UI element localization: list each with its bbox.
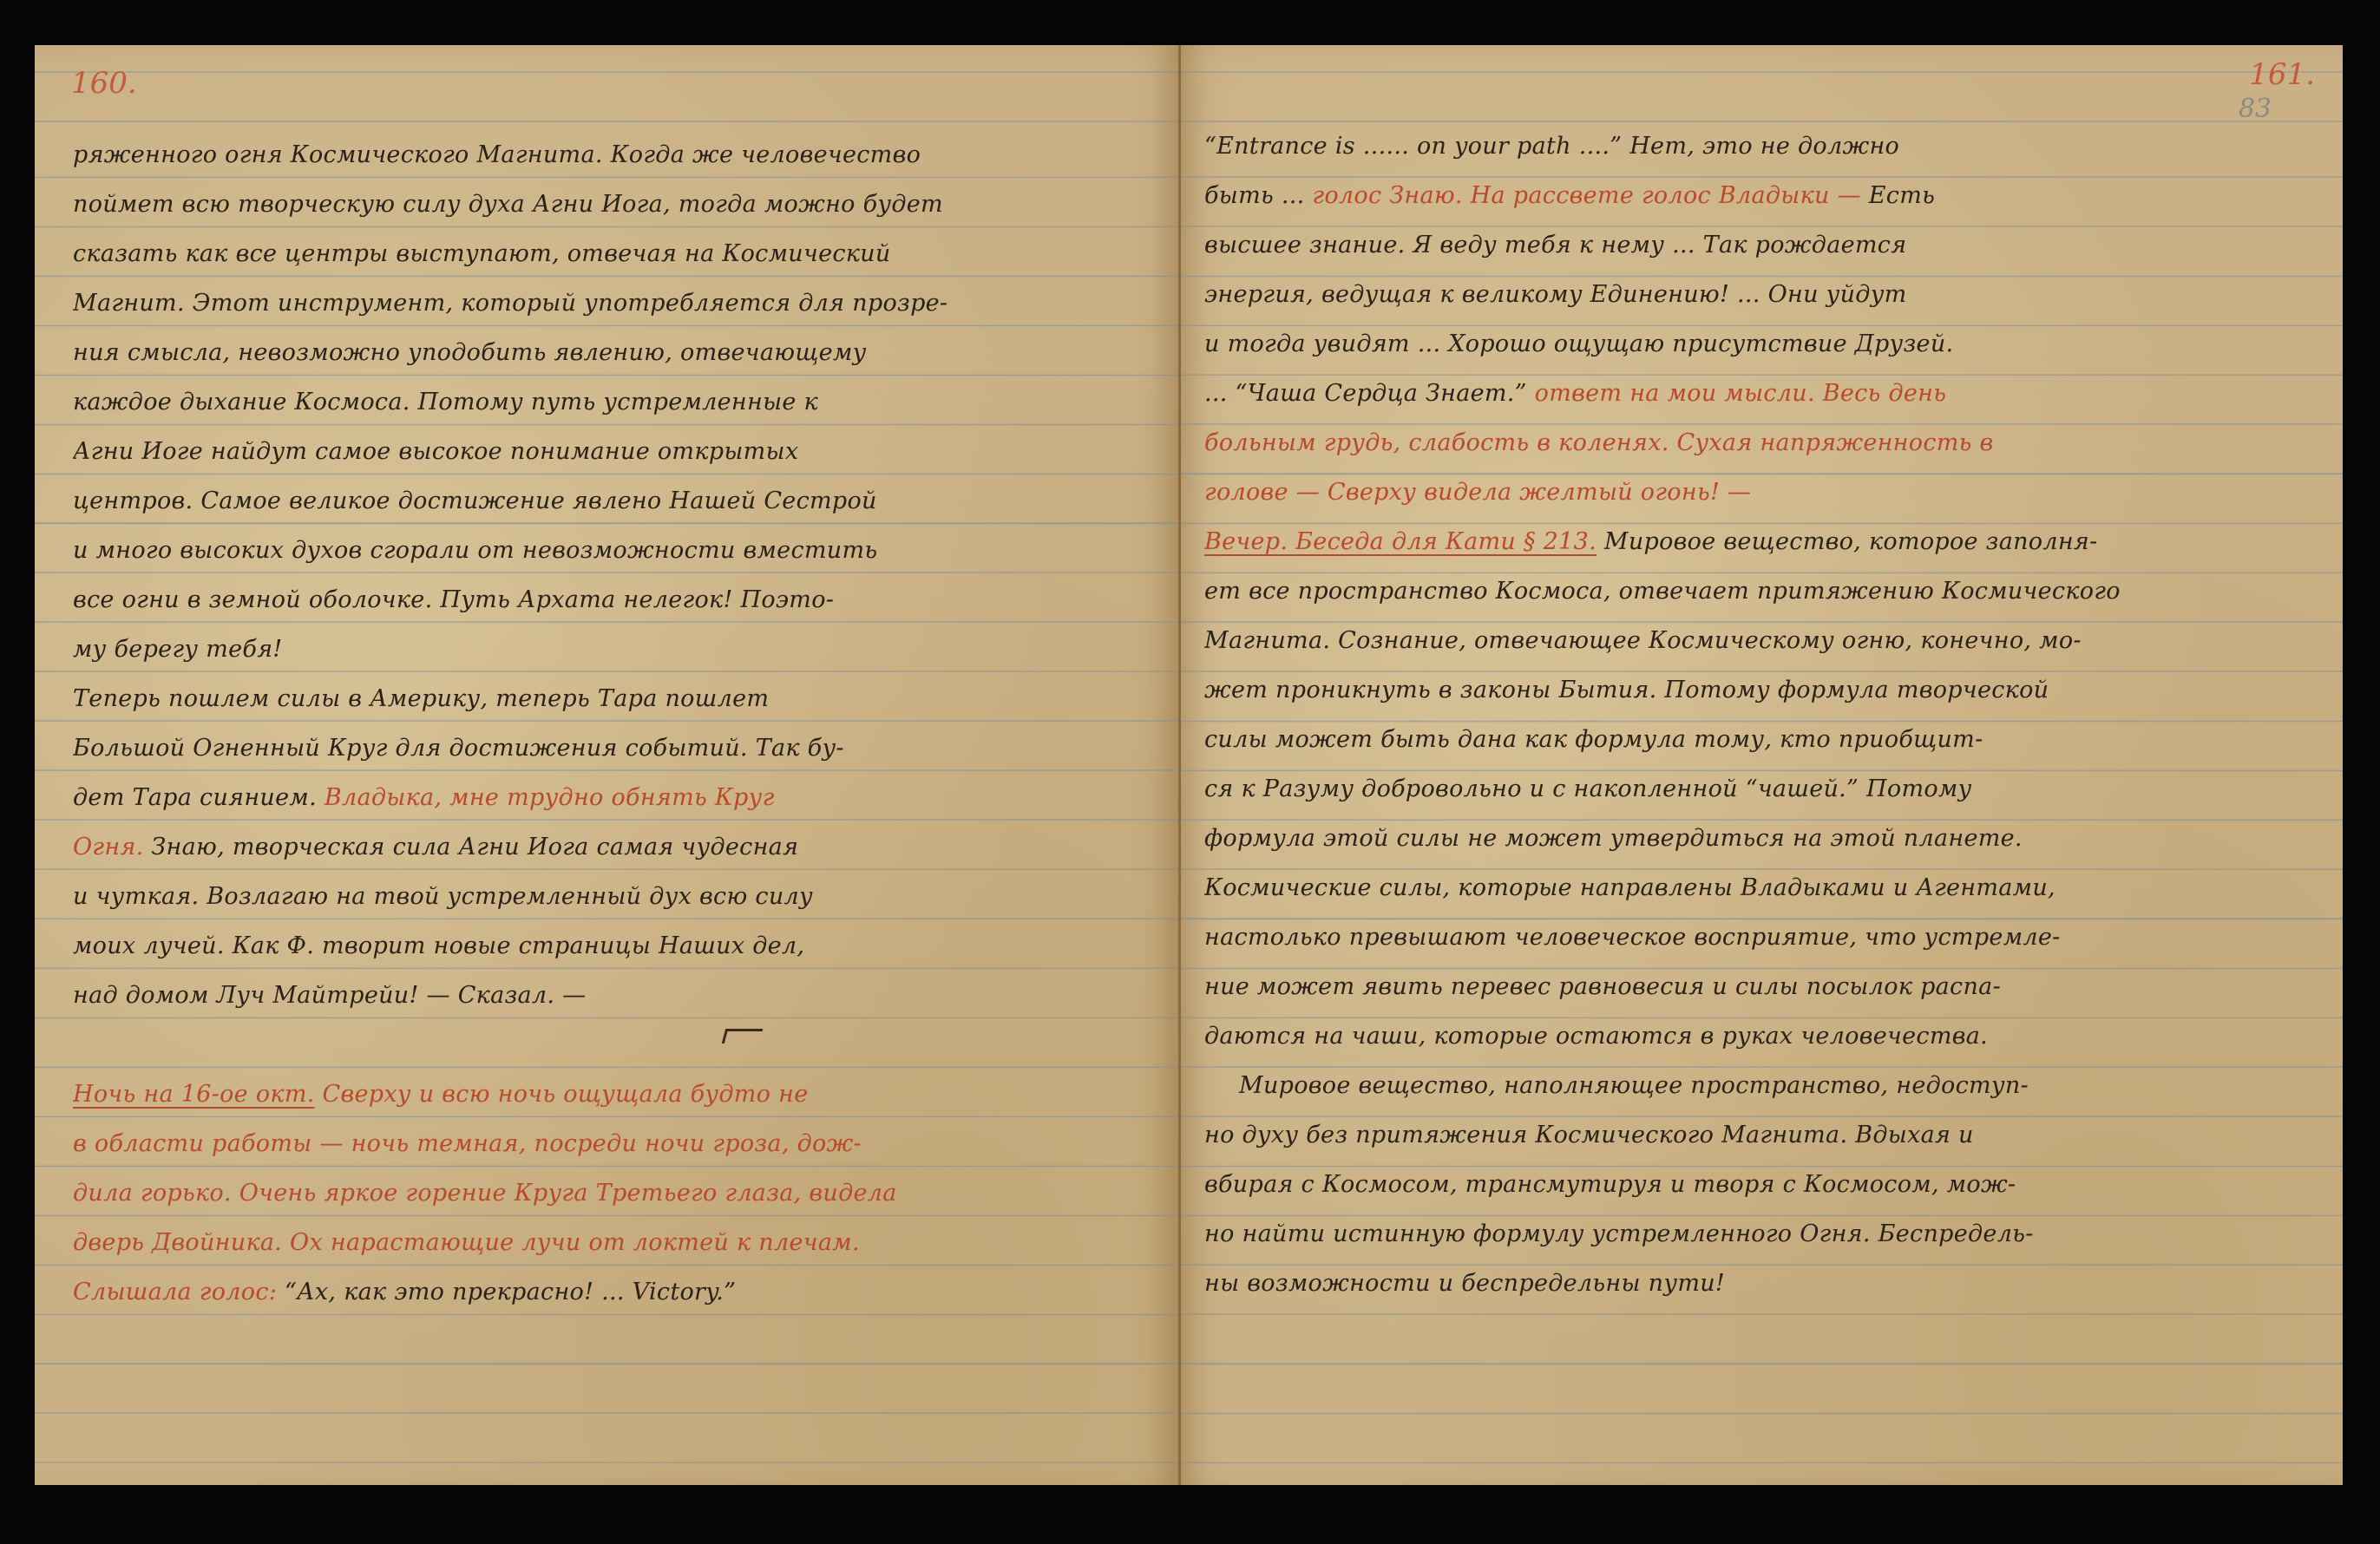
black-ink-text: ния смысла, невозможно уподобить явлению… bbox=[73, 339, 867, 366]
handwritten-line: и тогда увидят ... Хорошо ощущаю присутс… bbox=[1204, 319, 2320, 369]
black-ink-text: настолько превышают человеческое восприя… bbox=[1204, 924, 2061, 951]
archive-folio-number: 83 bbox=[2239, 94, 2272, 124]
black-ink-text: все огни в земной оболочке. Путь Архата … bbox=[73, 586, 834, 613]
handwritten-line: Магнита. Сознание, отвечающее Космическо… bbox=[1204, 616, 2320, 665]
page-number-right: 161. bbox=[2249, 57, 2315, 92]
handwritten-line: ся к Разуму добровольно и с накопленной … bbox=[1204, 764, 2320, 814]
black-ink-text: вбирая с Космосом, трансмутируя и творя … bbox=[1204, 1171, 2016, 1198]
handwritten-line: Мировое вещество, наполняющее пространст… bbox=[1204, 1061, 2320, 1110]
handwritten-line: вбирая с Космосом, трансмутируя и творя … bbox=[1204, 1160, 2320, 1209]
right-page-text: “Entrance is ...... on your path ....” Н… bbox=[1204, 121, 2320, 1308]
handwritten-line: “Entrance is ...... on your path ....” Н… bbox=[1204, 121, 2320, 171]
black-ink-text: каждое дыхание Космоса. Потому путь устр… bbox=[73, 389, 818, 415]
handwritten-line: и много высоких духов сгорали от невозмо… bbox=[73, 526, 1157, 575]
black-ink-text: “Ах, как это прекрасно! ... Victory.” bbox=[285, 1279, 736, 1305]
handwritten-line: моих лучей. Как Ф. творит новые страницы… bbox=[73, 921, 1157, 971]
black-ink-text: дет Тара сиянием. bbox=[73, 784, 325, 811]
handwritten-line: Вечер. Беседа для Кати § 213. Мировое ве… bbox=[1204, 517, 2320, 566]
handwritten-line: Магнит. Этот инструмент, который употреб… bbox=[73, 278, 1157, 328]
black-ink-text: но найти истинную формулу устремленного … bbox=[1204, 1220, 2034, 1247]
left-page: 160. ряженного огня Космического Магнита… bbox=[35, 45, 1178, 1485]
handwritten-line: Ночь на 16-ое окт. Сверху и всю ночь ощу… bbox=[73, 1070, 1157, 1119]
handwritten-line: формула этой силы не может утвердиться н… bbox=[1204, 814, 2320, 863]
red-ink-text: больным грудь, слабость в коленях. Сухая… bbox=[1204, 429, 1994, 456]
handwritten-line: даются на чаши, которые остаются в руках… bbox=[1204, 1011, 2320, 1061]
black-ink-text: над домом Луч Майтрейи! — Сказал. — bbox=[73, 982, 586, 1009]
black-ink-text: “Entrance is ...... on your path ....” Н… bbox=[1204, 133, 1899, 160]
handwritten-line: сказать как все центры выступают, отвеча… bbox=[73, 229, 1157, 278]
black-ink-text: и много высоких духов сгорали от невозмо… bbox=[73, 537, 877, 564]
left-page-text: ряженного огня Космического Магнита. Ког… bbox=[73, 130, 1157, 1317]
handwritten-line: ряженного огня Космического Магнита. Ког… bbox=[73, 130, 1157, 180]
red-ink-text: Огня. bbox=[73, 834, 151, 860]
handwritten-line: и чуткая. Возлагаю на твой устремленный … bbox=[73, 872, 1157, 921]
handwritten-line: дила горько. Очень яркое горение Круга Т… bbox=[73, 1168, 1157, 1218]
handwritten-line: больным грудь, слабость в коленях. Сухая… bbox=[1204, 418, 2320, 468]
handwritten-line: каждое дыхание Космоса. Потому путь устр… bbox=[73, 377, 1157, 427]
handwritten-line: жет проникнуть в законы Бытия. Потому фо… bbox=[1204, 665, 2320, 715]
black-ink-text: но духу без притяжения Космического Магн… bbox=[1204, 1122, 1974, 1148]
handwritten-line: центров. Самое великое достижение явлено… bbox=[73, 476, 1157, 526]
black-ink-text: ся к Разуму добровольно и с накопленной … bbox=[1204, 775, 1972, 802]
handwritten-line: ны возможности и беспредельны пути! bbox=[1204, 1259, 2320, 1308]
red-ink-text: в области работы — ночь темная, посреди … bbox=[73, 1130, 862, 1157]
handwritten-line: ние может явить перевес равновесия и сил… bbox=[1204, 962, 2320, 1011]
red-ink-text: Слышала голос: bbox=[73, 1279, 285, 1305]
black-ink-text: и тогда увидят ... Хорошо ощущаю присутс… bbox=[1204, 330, 1953, 357]
black-ink-text: Большой Огненный Круг для достижения соб… bbox=[73, 735, 844, 762]
black-ink-text: Магнита. Сознание, отвечающее Космическо… bbox=[1204, 627, 2082, 654]
black-ink-text: Агни Иоге найдут самое высокое понимание… bbox=[73, 438, 798, 465]
black-ink-text: ние может явить перевес равновесия и сил… bbox=[1204, 973, 2001, 1000]
black-ink-text: формула этой силы не может утвердиться н… bbox=[1204, 825, 2023, 852]
handwritten-line: быть ... голос Знаю. На рассвете голос В… bbox=[1204, 171, 2320, 220]
red-ink-text: голос Знаю. На рассвете голос Владыки — bbox=[1312, 182, 1860, 209]
black-ink-text: высшее знание. Я веду тебя к нему ... Та… bbox=[1204, 232, 1906, 258]
black-ink-text: ... “Чаша Сердца Знает.” bbox=[1204, 380, 1535, 407]
black-ink-text: ряженного огня Космического Магнита. Ког… bbox=[73, 141, 921, 168]
handwritten-line: настолько превышают человеческое восприя… bbox=[1204, 913, 2320, 962]
black-ink-text: и чуткая. Возлагаю на твой устремленный … bbox=[73, 883, 813, 910]
red-ink-text: дверь Двойника. Ох нарастающие лучи от л… bbox=[73, 1229, 860, 1256]
notebook-spread: 160. ряженного огня Космического Магнита… bbox=[35, 45, 2343, 1485]
handwritten-line: но найти истинную формулу устремленного … bbox=[1204, 1209, 2320, 1259]
handwritten-line: в области работы — ночь темная, посреди … bbox=[73, 1119, 1157, 1168]
handwritten-line: Огня. Знаю, творческая сила Агни Иога са… bbox=[73, 822, 1157, 872]
handwritten-line: силы может быть дана как формула тому, к… bbox=[1204, 715, 2320, 764]
red-ink-text: Вечер. Беседа для Кати § 213. bbox=[1204, 528, 1597, 555]
handwritten-line: Слышала голос: “Ах, как это прекрасно! .… bbox=[73, 1267, 1157, 1317]
handwritten-line: Космические силы, которые направлены Вла… bbox=[1204, 863, 2320, 913]
handwritten-line: но духу без притяжения Космического Магн… bbox=[1204, 1110, 2320, 1160]
right-page: 161. 83 “Entrance is ...... on your path… bbox=[1178, 45, 2343, 1485]
black-ink-text: Космические силы, которые направлены Вла… bbox=[1204, 874, 2055, 901]
page-number-left: 160. bbox=[71, 66, 137, 101]
handwritten-line: Теперь пошлем силы в Америку, теперь Тар… bbox=[73, 674, 1157, 723]
black-ink-text: поймет всю творческую силу духа Агни Иог… bbox=[73, 191, 943, 218]
handwritten-line: дверь Двойника. Ох нарастающие лучи от л… bbox=[73, 1218, 1157, 1267]
black-ink-text: моих лучей. Как Ф. творит новые страницы… bbox=[73, 932, 804, 959]
black-ink-text: ет все пространство Космоса, отвечает пр… bbox=[1204, 578, 2121, 605]
red-ink-text: дила горько. Очень яркое горение Круга Т… bbox=[73, 1180, 897, 1207]
handwritten-line: ... “Чаша Сердца Знает.” ответ на мои мы… bbox=[1204, 369, 2320, 418]
handwritten-line: ет все пространство Космоса, отвечает пр… bbox=[1204, 566, 2320, 616]
black-ink-text: му берегу тебя! bbox=[73, 636, 283, 663]
black-ink-text: Мировое вещество, наполняющее пространст… bbox=[1239, 1072, 2029, 1099]
black-ink-text: Магнит. Этот инструмент, который употреб… bbox=[73, 290, 947, 317]
handwritten-line: му берегу тебя! bbox=[73, 625, 1157, 674]
binding-gutter bbox=[1178, 45, 1181, 1485]
black-ink-text: центров. Самое великое достижение явлено… bbox=[73, 487, 877, 514]
black-ink-text: быть ... bbox=[1204, 182, 1312, 209]
black-ink-text: энергия, ведущая к великому Единению! ..… bbox=[1204, 281, 1907, 308]
red-ink-text: ответ на мои мысли. Весь день bbox=[1535, 380, 1947, 407]
black-ink-text: Теперь пошлем силы в Америку, теперь Тар… bbox=[73, 685, 769, 712]
black-ink-text: жет проникнуть в законы Бытия. Потому фо… bbox=[1204, 677, 2049, 703]
handwritten-line: Агни Иоге найдут самое высокое понимание… bbox=[73, 427, 1157, 476]
red-ink-text: Ночь на 16-ое окт. bbox=[73, 1081, 315, 1108]
handwritten-line: над домом Луч Майтрейи! — Сказал. — bbox=[73, 971, 1157, 1020]
black-ink-text: Знаю, творческая сила Агни Иога самая чу… bbox=[151, 834, 798, 860]
handwritten-line: Большой Огненный Круг для достижения соб… bbox=[73, 723, 1157, 773]
handwritten-line: ния смысла, невозможно уподобить явлению… bbox=[73, 328, 1157, 377]
handwritten-line: голове — Сверху видела желтый огонь! — bbox=[1204, 468, 2320, 517]
handwritten-line: дет Тара сиянием. Владыка, мне трудно об… bbox=[73, 773, 1157, 822]
black-ink-text: даются на чаши, которые остаются в руках… bbox=[1204, 1023, 1988, 1050]
section-divider-mark bbox=[73, 1020, 1157, 1070]
red-ink-text: голове — Сверху видела желтый огонь! — bbox=[1204, 479, 1751, 506]
handwritten-line: поймет всю творческую силу духа Агни Иог… bbox=[73, 180, 1157, 229]
black-ink-text: Есть bbox=[1861, 182, 1935, 209]
black-ink-text: Мировое вещество, которое заполня- bbox=[1597, 528, 2098, 555]
handwritten-line: энергия, ведущая к великому Единению! ..… bbox=[1204, 270, 2320, 319]
handwritten-line: все огни в земной оболочке. Путь Архата … bbox=[73, 575, 1157, 625]
handwritten-line: высшее знание. Я веду тебя к нему ... Та… bbox=[1204, 220, 2320, 270]
black-ink-text: сказать как все центры выступают, отвеча… bbox=[73, 240, 891, 267]
black-ink-text: ны возможности и беспредельны пути! bbox=[1204, 1270, 1725, 1297]
red-ink-text: Сверху и всю ночь ощущала будто не bbox=[315, 1081, 809, 1108]
black-ink-text: силы может быть дана как формула тому, к… bbox=[1204, 726, 1983, 753]
red-ink-text: Владыка, мне трудно обнять Круг bbox=[325, 784, 775, 811]
